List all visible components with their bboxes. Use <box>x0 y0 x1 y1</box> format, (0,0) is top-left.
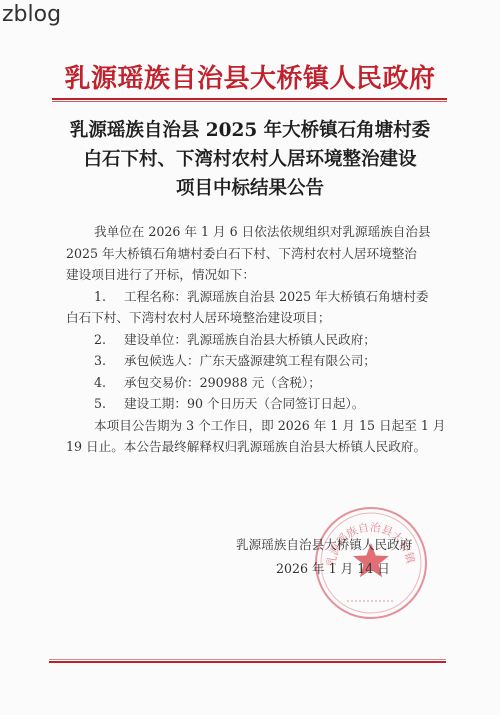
item-construction-unit: 2.建设单位：乳源瑶族自治县大桥镇人民政府； <box>66 329 446 351</box>
item-value: 290988 元（含税）； <box>200 375 321 390</box>
footer-divider-thin <box>49 659 446 660</box>
intro-line-1: 我单位在 2026 年 1 月 6 日依法依规组织对乳源瑶族自治县 <box>66 221 446 243</box>
item-value: 乳源瑶族自治县 2025 年大桥镇石角塘村委 <box>187 289 429 304</box>
document-title-line-2: 白石下村、下湾村农村人居环境整治建设 <box>0 145 500 174</box>
letterhead-divider <box>52 98 447 102</box>
document-body: 我单位在 2026 年 1 月 6 日依法依规组织对乳源瑶族自治县 2025 年… <box>66 221 446 458</box>
item-value: 广东天盛源建筑工程有限公司； <box>200 353 376 368</box>
item-label: 建设单位： <box>124 332 187 347</box>
item-project-name: 1.工程名称：乳源瑶族自治县 2025 年大桥镇石角塘村委 <box>66 286 446 308</box>
footer-divider <box>49 659 446 663</box>
notice-line-1: 本项目公告期为 3 个工作日，即 2026 年 1 月 15 日起至 1 月 <box>66 415 446 437</box>
letterhead-divider-thick <box>52 98 447 100</box>
signature-block: 乳源瑶族自治县大桥镇人民政府 2026 年 1 月 14 日 <box>236 533 412 581</box>
item-contract-price: 4.承包交易价：290988 元（含税）； <box>66 372 446 394</box>
signature-issuer: 乳源瑶族自治县大桥镇人民政府 <box>236 533 412 557</box>
item-number: 3. <box>94 350 124 372</box>
document-title-line-3: 项目中标结果公告 <box>0 174 500 203</box>
item-label: 承包交易价： <box>124 375 200 390</box>
item-construction-period: 5.建设工期：90 个日历天（合同签订日起）。 <box>66 393 446 415</box>
document-title: 乳源瑶族自治县 2025 年大桥镇石角塘村委 白石下村、下湾村农村人居环境整治建… <box>0 116 500 203</box>
item-label: 工程名称： <box>124 289 187 304</box>
letterhead-divider-thin <box>52 101 447 102</box>
letterhead-org-name: 乳源瑶族自治县大桥镇人民政府 <box>0 62 500 96</box>
signature-date: 2026 年 1 月 14 日 <box>236 557 412 581</box>
notice-line-2: 19 日止。本公告最终解释权归乳源瑶族自治县大桥镇人民政府。 <box>66 436 446 458</box>
document-title-line-1: 乳源瑶族自治县 2025 年大桥镇石角塘村委 <box>0 116 500 145</box>
item-number: 5. <box>94 393 124 415</box>
watermark-label: zblog <box>2 0 61 30</box>
item-number: 1. <box>94 286 124 308</box>
item-value: 90 个日历天（合同签订日起）。 <box>187 396 364 411</box>
item-contractor-candidate: 3.承包候选人：广东天盛源建筑工程有限公司； <box>66 350 446 372</box>
item-label: 建设工期： <box>124 396 187 411</box>
intro-line-3: 建设项目进行了开标，情况如下： <box>66 264 446 286</box>
item-number: 4. <box>94 372 124 394</box>
item-value: 乳源瑶族自治县大桥镇人民政府； <box>187 332 376 347</box>
footer-divider-thick <box>49 661 446 663</box>
item-number: 2. <box>94 329 124 351</box>
intro-line-2: 2025 年大桥镇石角塘村委白石下村、下湾村农村人居环境整治 <box>66 243 446 265</box>
item-project-name-continuation: 白石下村、下湾村农村人居环境整治建设项目； <box>66 307 446 329</box>
item-label: 承包候选人： <box>124 353 200 368</box>
